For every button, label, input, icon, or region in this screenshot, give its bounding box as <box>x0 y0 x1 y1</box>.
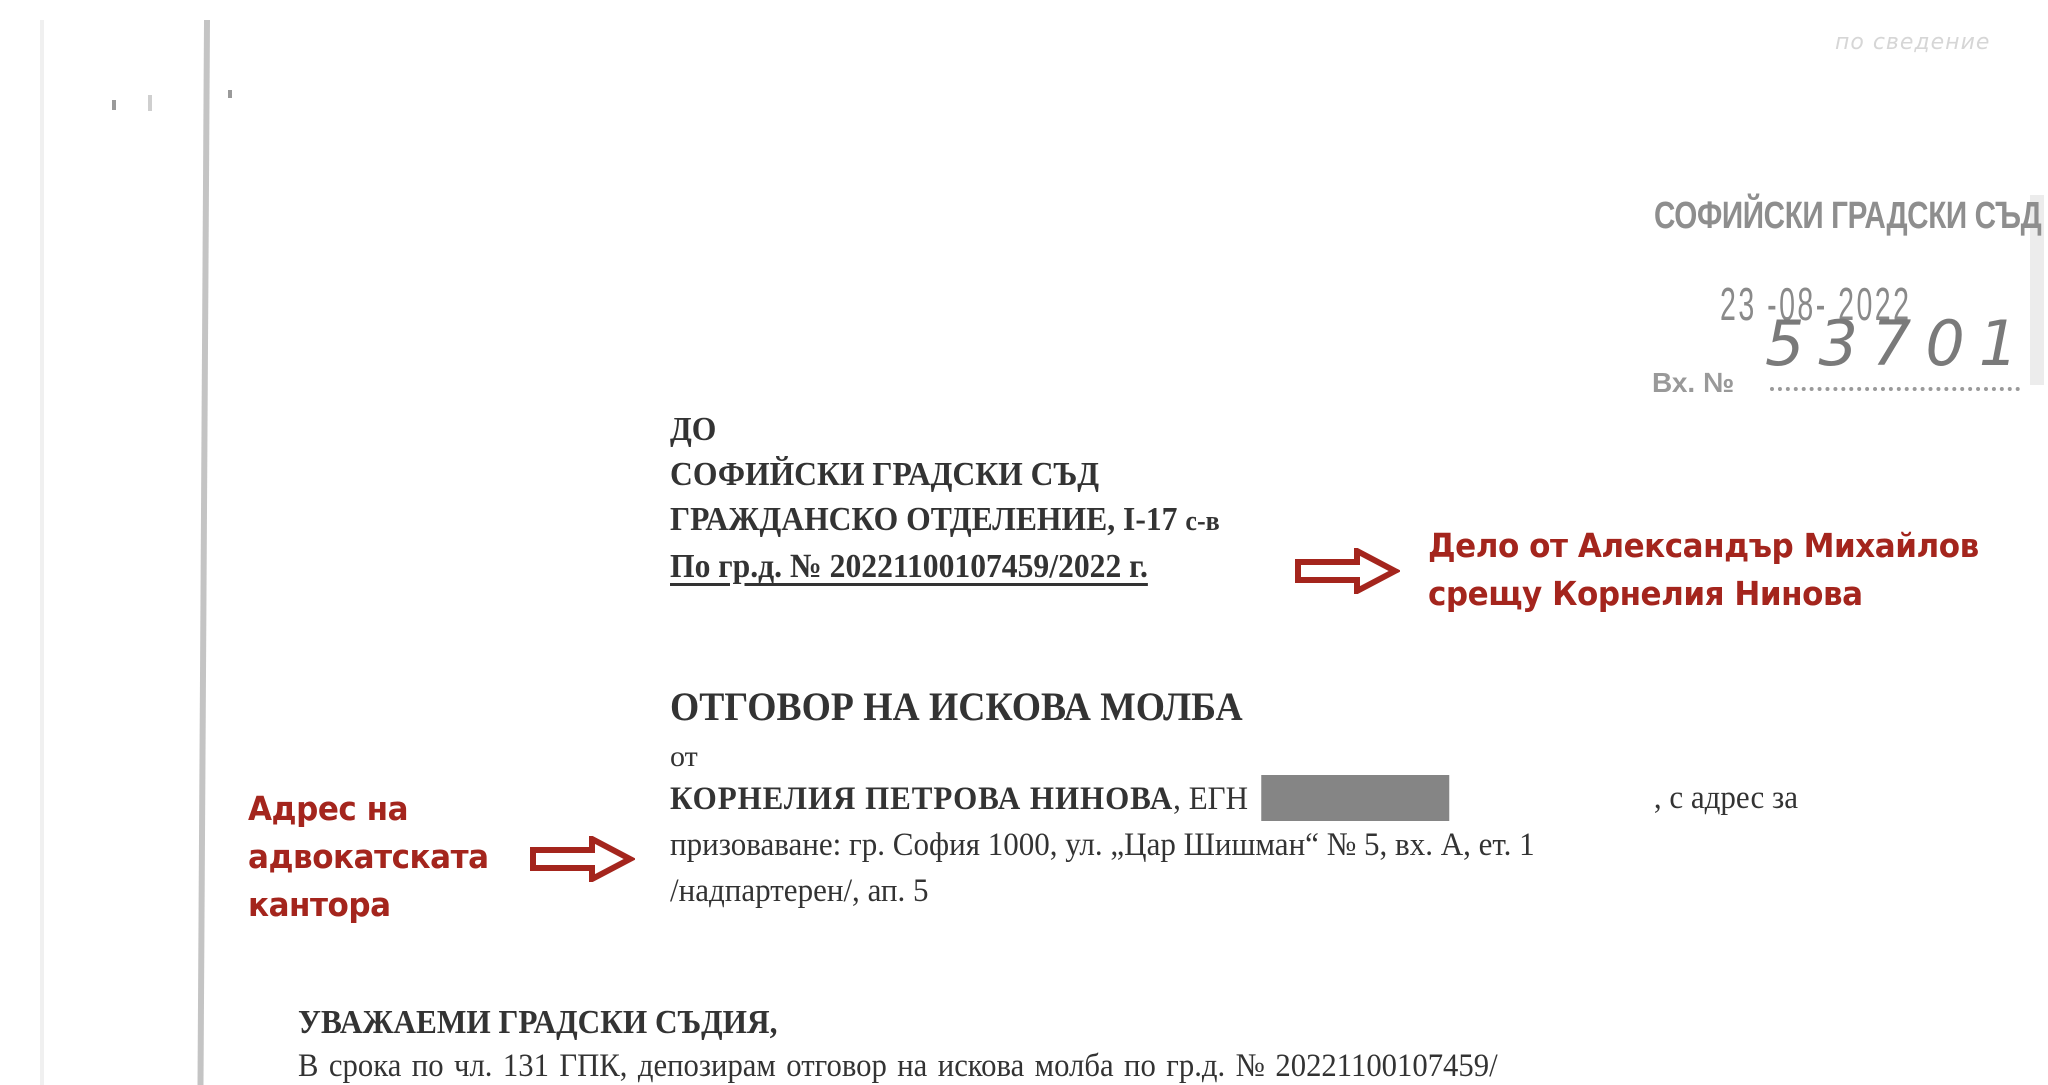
party-line-3: /надпартерен/, ап. 5 <box>670 868 1798 914</box>
body-paragraph: В срока по чл. 131 ГПК, депозирам отгово… <box>298 1048 1498 1085</box>
addressee-division: ГРАЖДАНСКО ОТДЕЛЕНИЕ, І-17 с-в <box>670 497 1220 544</box>
party-name: КОРНЕЛИЯ ПЕТРОВА НИНОВА <box>670 781 1173 817</box>
document-title: ОТГОВОР НА ИСКОВА МОЛБА <box>670 683 1243 730</box>
scan-speck <box>112 100 116 110</box>
scan-speck <box>148 95 152 111</box>
court-intake-stamp: СОФИЙСКИ ГРАДСКИ СЪД 23 -08- 2022 53701 … <box>1640 195 2048 405</box>
case-reference: По гр.д. № 20221100107459/2022 г. <box>670 544 1220 589</box>
arrow-right-icon <box>1295 548 1400 594</box>
egn-label: , ЕГН <box>1173 781 1248 817</box>
redacted-egn <box>1261 775 1449 821</box>
from-label: от <box>670 740 698 774</box>
handwritten-note: по сведение <box>1835 30 1990 55</box>
addressee-court: СОФИЙСКИ ГРАДСКИ СЪД <box>670 452 1220 497</box>
addressee-panel: с-в <box>1185 506 1219 537</box>
stamp-court-name: СОФИЙСКИ ГРАДСКИ СЪД <box>1654 195 2041 238</box>
party-line-2: призоваване: гр. София 1000, ул. „Цар Ши… <box>670 822 1798 868</box>
page-edge-line <box>197 20 210 1085</box>
salutation: УВАЖАЕМИ ГРАДСКИ СЪДИЯ, <box>298 1004 777 1042</box>
address-intro: , с адрес за <box>1654 775 1798 822</box>
case-annotation: Дело от Александър Михайлов срещу Корнел… <box>1428 522 1979 618</box>
arrow-right-icon <box>530 836 635 882</box>
stamp-incoming-number: 53701 <box>1765 307 2032 380</box>
address-annotation: Адрес на адвокатската кантора <box>248 785 489 929</box>
party-line-1: КОРНЕЛИЯ ПЕТРОВА НИНОВА, ЕГН , с адрес з… <box>670 775 1798 822</box>
addressee-to: ДО <box>670 407 1220 452</box>
stamp-dotted-line <box>1770 387 2020 391</box>
party-details: КОРНЕЛИЯ ПЕТРОВА НИНОВА, ЕГН , с адрес з… <box>670 775 1802 914</box>
addressee-block: ДО СОФИЙСКИ ГРАДСКИ СЪД ГРАЖДАНСКО ОТДЕЛ… <box>670 407 1261 589</box>
scan-margin-line <box>40 20 44 1085</box>
scan-speck <box>228 90 232 98</box>
stamp-incoming-label: Вх. № <box>1652 367 1734 399</box>
